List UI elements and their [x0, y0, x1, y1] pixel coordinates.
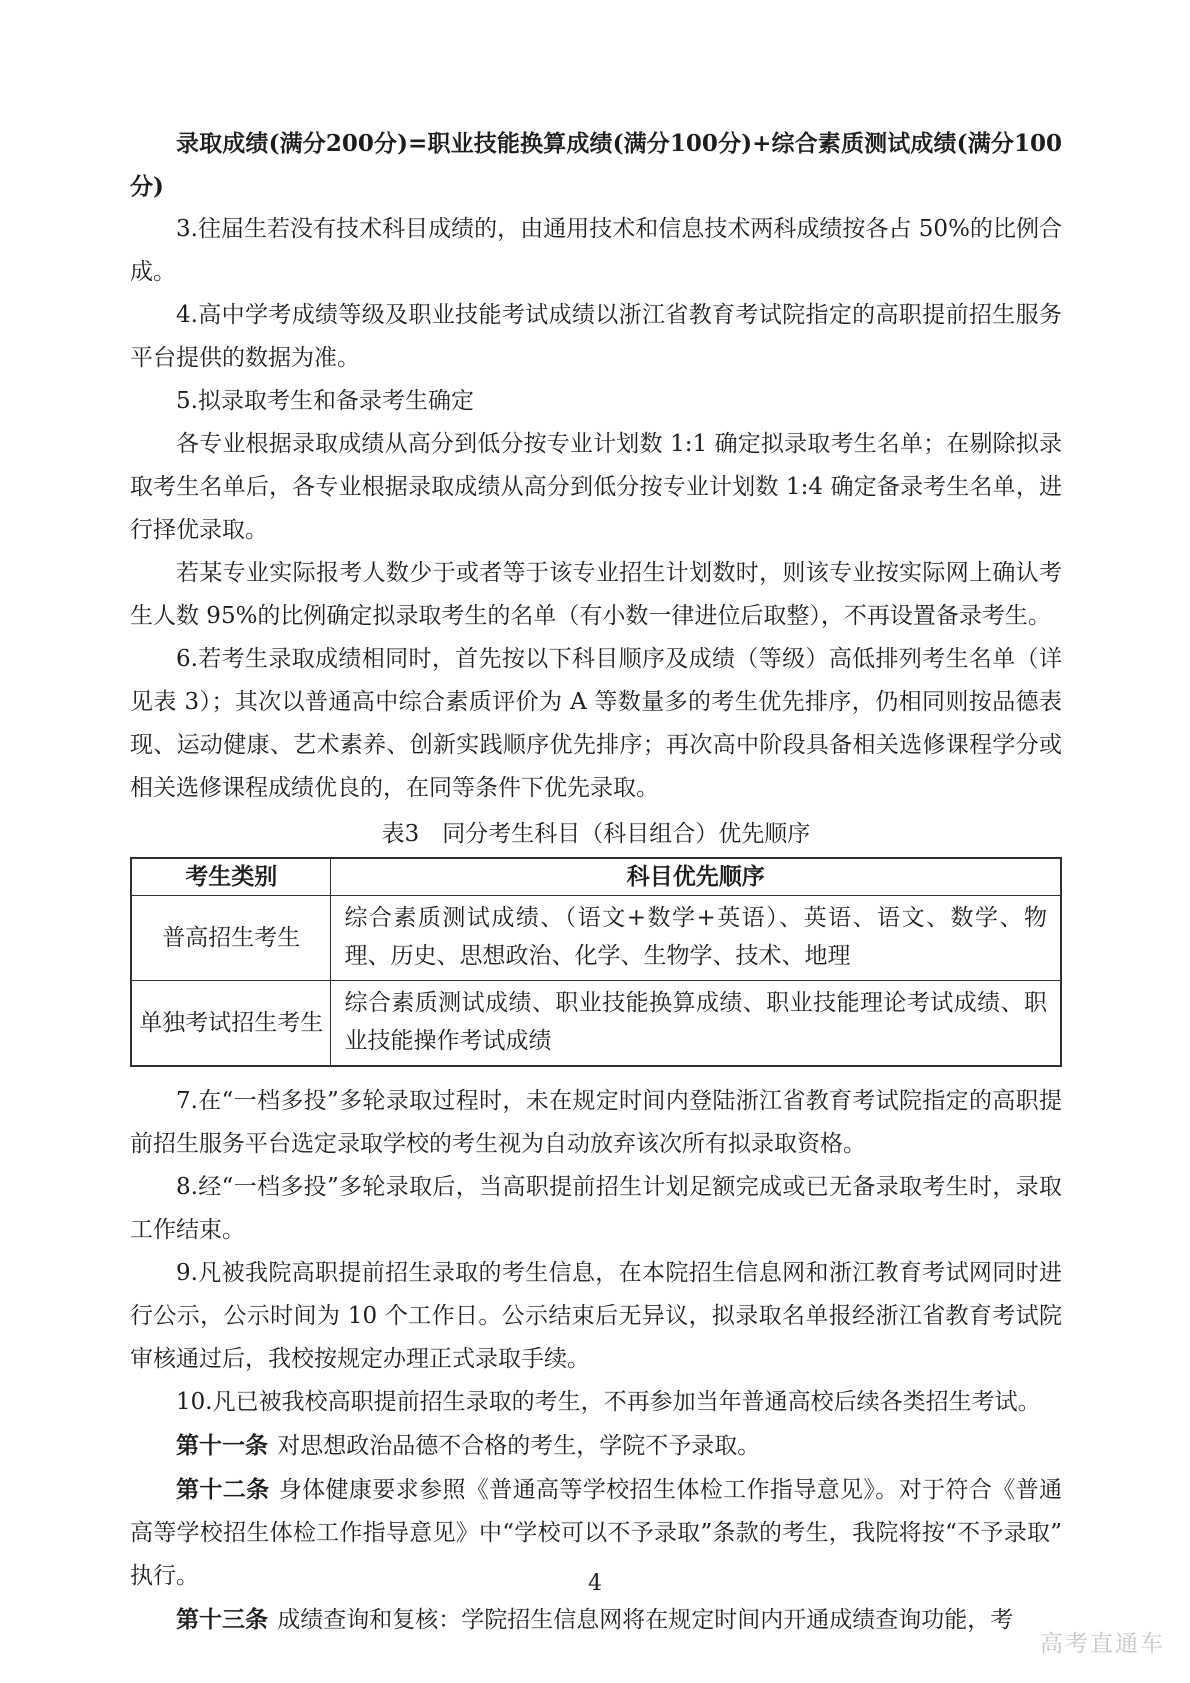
watermark: 高考直通车: [1040, 1626, 1165, 1662]
table-row: 普高招生考生 综合素质测试成绩、（语文+数学+英语）、英语、语文、数学、物理、历…: [131, 896, 1061, 981]
article-12-number: 第十二条: [176, 1476, 270, 1503]
paragraph-10: 10.凡已被我校高职提前招生录取的考生，不再参加当年普通高校后续各类招生考试。: [130, 1381, 1062, 1424]
table3-header-row: 考生类别 科目优先顺序: [131, 858, 1061, 896]
paragraph-5-body: 各专业根据录取成绩从高分到低分按专业计划数 1:1 确定拟录取考生名单；在剔除拟…: [130, 423, 1062, 552]
table3-row2-subjects: 综合素质测试成绩、职业技能换算成绩、职业技能理论考试成绩、职业技能操作考试成绩: [331, 981, 1061, 1067]
paragraph-7: 7.在“一档多投”多轮录取过程时，未在规定时间内登陆浙江省教育考试院指定的高职提…: [130, 1080, 1062, 1166]
document-body: 录取成绩(满分200分)=职业技能换算成绩(满分100分)+综合素质测试成绩(满…: [130, 122, 1062, 1642]
table3-row1-category: 普高招生考生: [131, 896, 331, 981]
paragraph-5-heading: 5.拟录取考生和备录考生确定: [130, 380, 1062, 423]
paragraph-8: 8.经“一档多投”多轮录取后，当高职提前招生计划足额完成或已无备录取考生时，录取…: [130, 1166, 1062, 1252]
article-13-text: 成绩查询和复核：学院招生信息网将在规定时间内开通成绩查询功能，考: [277, 1607, 1013, 1633]
paragraph-9: 9.凡被我院高职提前招生录取的考生信息，在本院招生信息网和浙江教育考试网同时进行…: [130, 1252, 1062, 1381]
table3-header-category: 考生类别: [131, 858, 331, 896]
article-11: 第十一条对思想政治品德不合格的考生，学院不予录取。: [130, 1424, 1062, 1468]
article-13-number: 第十三条: [176, 1606, 268, 1633]
page-number: 4: [0, 1564, 1190, 1604]
table3-header-order: 科目优先顺序: [331, 858, 1061, 896]
admission-score-formula: 录取成绩(满分200分)=职业技能换算成绩(满分100分)+综合素质测试成绩(满…: [130, 122, 1062, 208]
paragraph-6: 6.若考生录取成绩相同时，首先按以下科目顺序及成绩（等级）高低排列考生名单（详见…: [130, 638, 1062, 810]
table3-title: 表3 同分考生科目（科目组合）优先顺序: [130, 813, 1062, 855]
table3-row1-subjects: 综合素质测试成绩、（语文+数学+英语）、英语、语文、数学、物理、历史、思想政治、…: [331, 896, 1061, 981]
article-11-text: 对思想政治品德不合格的考生，学院不予录取。: [277, 1433, 760, 1459]
article-11-number: 第十一条: [176, 1432, 268, 1459]
paragraph-5-note: 若某专业实际报考人数少于或者等于该专业招生计划数时，则该专业按实际网上确认考生人…: [130, 552, 1062, 638]
document-page: 录取成绩(满分200分)=职业技能换算成绩(满分100分)+综合素质测试成绩(满…: [0, 0, 1190, 1683]
table3: 考生类别 科目优先顺序 普高招生考生 综合素质测试成绩、（语文+数学+英语）、英…: [130, 857, 1062, 1067]
article-13: 第十三条成绩查询和复核：学院招生信息网将在规定时间内开通成绩查询功能，考: [130, 1598, 1062, 1642]
table-row: 单独考试招生考生 综合素质测试成绩、职业技能换算成绩、职业技能理论考试成绩、职业…: [131, 981, 1061, 1067]
paragraph-4: 4.高中学考成绩等级及职业技能考试成绩以浙江省教育考试院指定的高职提前招生服务平…: [130, 294, 1062, 380]
paragraph-3: 3.往届生若没有技术科目成绩的，由通用技术和信息技术两科成绩按各占 50%的比例…: [130, 208, 1062, 294]
table3-row2-category: 单独考试招生考生: [131, 981, 331, 1067]
